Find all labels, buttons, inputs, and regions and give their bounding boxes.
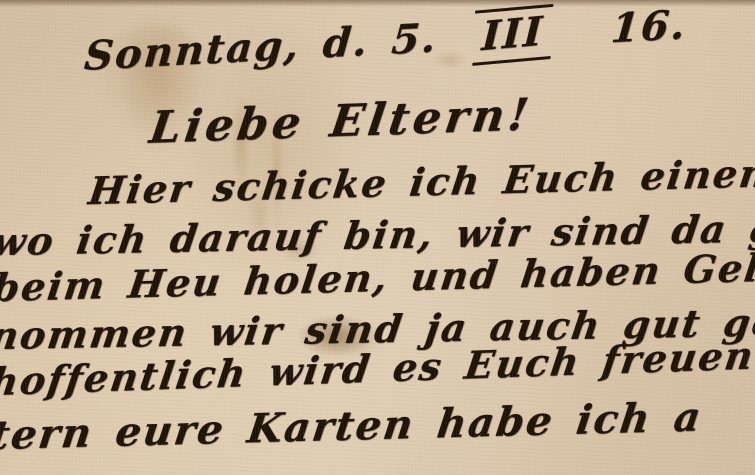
body-line-6: tern eure Karten habe ich a (0, 393, 705, 459)
dateline: Sonntag, d. 5. III 16. (82, 0, 689, 85)
scan-top-edge-shadow (0, 0, 755, 7)
dateline-month-roman: III (473, 4, 554, 66)
dateline-place: Sonntag, (82, 21, 302, 80)
dateline-year: 16. (609, 1, 689, 52)
dateline-day: d. 5. (321, 14, 440, 67)
letter-page: Sonntag, d. 5. III 16. Liebe Eltern! Hie… (0, 0, 755, 475)
salutation: Liebe Eltern! (147, 89, 536, 154)
